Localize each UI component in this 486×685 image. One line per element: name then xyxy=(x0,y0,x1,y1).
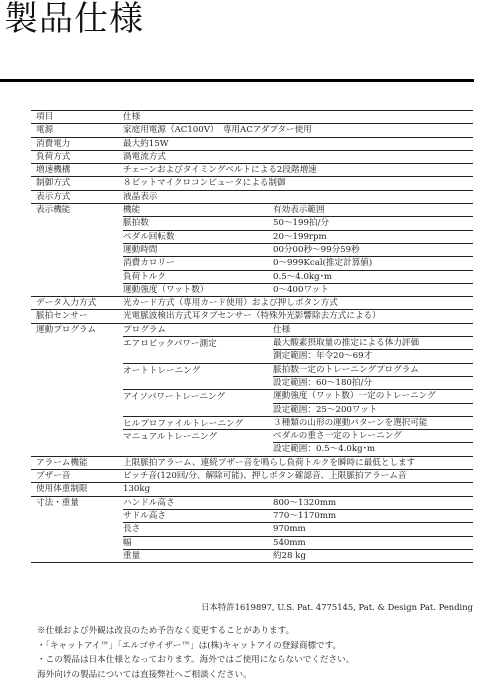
table-bottom-rule xyxy=(31,562,473,563)
subtable-row: 運動強度（ワット数）0～400ワット xyxy=(123,283,473,296)
table-row: 脈拍センサー 光電脈波検出方式耳タブセンサー（特殊外光影響除去方式による） xyxy=(31,309,473,322)
sub-key: 運動強度（ワット数） xyxy=(123,284,273,296)
row-item: 表示方式 xyxy=(31,191,123,203)
subtable-row: 消費カロリー0～999Kcal(推定計算値) xyxy=(123,256,473,269)
row-item: アラーム機能 xyxy=(31,457,123,469)
subtable-row: 負荷トルク0.5～4.0kg･m xyxy=(123,270,473,283)
table-row: 制御方式 ８ビットマイクロコンピュータによる制御 xyxy=(31,176,473,189)
sub-value: 50～199拍/分 xyxy=(273,217,473,229)
dim-label: 長さ xyxy=(123,523,273,535)
row-spec: 最大約15W xyxy=(123,138,473,150)
program-spec: ペダルの重さ一定のトレーニング xyxy=(273,430,473,442)
row-item: 使用体重制限 xyxy=(31,483,123,495)
row-item: 電源 xyxy=(31,124,123,136)
dim-label: ハンドル高さ xyxy=(123,497,273,509)
subtable-row: 長さ970mm xyxy=(123,522,473,535)
table-row: 負荷方式 渦電流方式 xyxy=(31,150,473,163)
program-row: エアロビックパワー測定 最大酸素摂取量の推定による体力評価 測定範囲：年令20～… xyxy=(123,336,473,363)
program-row: マニュアルトレーニング ペダルの重さ一定のトレーニング 設定範囲：0.5～4.0… xyxy=(123,429,473,456)
row-item: 寸法・重量 xyxy=(31,497,123,562)
dimensions-subtable: ハンドル高さ800～1320mm サドル高さ770～1170mm 長さ970mm… xyxy=(123,497,473,562)
subtable-row: 脈拍数50～199拍/分 xyxy=(123,216,473,229)
title-divider xyxy=(0,79,474,82)
row-spec: チェーンおよびタイミングベルトによる2段階増速 xyxy=(123,164,473,176)
program-name: ヒルプロファイルトレーニング xyxy=(123,417,273,429)
sub-key: 消費カロリー xyxy=(123,257,273,269)
header-item: 項目 xyxy=(31,111,123,123)
programs-row: 運動プログラム プログラム 仕様 エアロビックパワー測定 最大酸素摂取量の推定に… xyxy=(31,323,473,456)
sub-value: 0～400ワット xyxy=(273,284,473,296)
subtable-row: ペダル回転数20～199rpm xyxy=(123,230,473,243)
program-spec: 運動強度（ワット数）一定のトレーニング xyxy=(273,390,473,402)
sub-header-spec: 仕様 xyxy=(273,324,473,336)
table-header-row: 項目 仕様 xyxy=(31,110,473,123)
table-row: 表示方式 液晶表示 xyxy=(31,190,473,203)
program-spec: 最大酸素摂取量の推定による体力評価 xyxy=(273,337,473,349)
sub-value: 0.5～4.0kg･m xyxy=(273,271,473,283)
table-row: データ入力方式 光カード方式（専用カード使用）および押しボタン方式 xyxy=(31,296,473,309)
sub-header-program: プログラム xyxy=(123,324,273,336)
subtable-row: 幅540mm xyxy=(123,536,473,549)
row-spec: 家庭用電源（AC100V） 専用ACアダプター使用 xyxy=(123,124,473,136)
subtable-row: 運動時間00分00秒～99分59秒 xyxy=(123,243,473,256)
display-functions-row: 表示機能 機能 有効表示範囲 脈拍数50～199拍/分 ペダル回転数20～199… xyxy=(31,203,473,296)
program-name: マニュアルトレーニング xyxy=(123,430,273,456)
program-row: ヒルプロファイルトレーニング ３種類の山形の運動パターンを選択可能 xyxy=(123,416,473,429)
dim-label: 幅 xyxy=(123,537,273,549)
program-spec: 設定範囲：0.5～4.0kg･m xyxy=(273,442,473,455)
program-row: オートトレーニング 脈拍数一定のトレーニングプログラム 設定範囲：60～180拍… xyxy=(123,363,473,390)
sub-value: 0～999Kcal(推定計算値) xyxy=(273,257,473,269)
row-item: 運動プログラム xyxy=(31,324,123,456)
row-spec: 130kg xyxy=(123,483,473,495)
subtable-row: 重量約28 kg xyxy=(123,549,473,562)
row-item: ブザー音 xyxy=(31,470,123,482)
subtable-row: ハンドル高さ800～1320mm xyxy=(123,497,473,509)
table-row: ブザー音 ピッチ音(120回/分、解除可能)、押しボタン確認音、上限脈拍アラーム… xyxy=(31,469,473,482)
notes: ※仕様および外観は改良のため予告なく変更することがあります。 ・「キャットアイ™… xyxy=(37,624,354,682)
sub-key: 運動時間 xyxy=(123,244,273,256)
sub-key: 脈拍数 xyxy=(123,217,273,229)
dim-value: 970mm xyxy=(273,523,473,535)
dim-label: 重量 xyxy=(123,550,273,562)
program-spec: ３種類の山形の運動パターンを選択可能 xyxy=(273,417,473,429)
dim-value: 540mm xyxy=(273,537,473,549)
program-spec: 設定範囲：25～200ワット xyxy=(273,403,473,416)
row-item: 脈拍センサー xyxy=(31,310,123,322)
sub-header-function: 機能 xyxy=(123,204,273,216)
spec-table: 項目 仕様 電源 家庭用電源（AC100V） 専用ACアダプター使用 消費電力 … xyxy=(31,110,473,563)
header-spec: 仕様 xyxy=(123,111,473,123)
row-item: 制御方式 xyxy=(31,177,123,189)
dim-value: 770～1170mm xyxy=(273,510,473,522)
row-item: データ入力方式 xyxy=(31,297,123,309)
subtable-header: プログラム 仕様 xyxy=(123,324,473,336)
note-line: 海外向けの製品については直接弊社へご相談ください。 xyxy=(37,668,354,683)
program-row: アイソパワートレーニング 運動強度（ワット数）一定のトレーニング 設定範囲：25… xyxy=(123,389,473,416)
row-spec: 液晶表示 xyxy=(123,191,473,203)
sub-header-range: 有効表示範囲 xyxy=(273,204,473,216)
row-item: 消費電力 xyxy=(31,138,123,150)
dim-value: 約28 kg xyxy=(273,550,473,562)
table-row: 電源 家庭用電源（AC100V） 専用ACアダプター使用 xyxy=(31,123,473,136)
display-functions-subtable: 機能 有効表示範囲 脈拍数50～199拍/分 ペダル回転数20～199rpm 運… xyxy=(123,204,473,296)
program-spec: 設定範囲：60～180拍/分 xyxy=(273,376,473,389)
row-spec: 光カード方式（専用カード使用）および押しボタン方式 xyxy=(123,297,473,309)
row-spec: 上限脈拍アラーム、連続ブザー音を鳴らし負荷トルクを瞬時に最低とします xyxy=(123,457,473,469)
row-spec: ピッチ音(120回/分、解除可能)、押しボタン確認音、上限脈拍アラーム音 xyxy=(123,470,473,482)
row-spec: 光電脈波検出方式耳タブセンサー（特殊外光影響除去方式による） xyxy=(123,310,473,322)
dim-label: サドル高さ xyxy=(123,510,273,522)
subtable-row: サドル高さ770～1170mm xyxy=(123,509,473,522)
table-row: 使用体重制限 130kg xyxy=(31,482,473,495)
note-line: ・「キャットアイ™」「エルゴサイザー™」は(株)キャットアイの登録商標です。 xyxy=(37,639,354,654)
note-line: ※仕様および外観は改良のため予告なく変更することがあります。 xyxy=(37,624,354,639)
table-row: アラーム機能 上限脈拍アラーム、連続ブザー音を鳴らし負荷トルクを瞬時に最低としま… xyxy=(31,456,473,469)
table-row: 増速機構 チェーンおよびタイミングベルトによる2段階増速 xyxy=(31,163,473,176)
sub-key: ペダル回転数 xyxy=(123,231,273,243)
program-name: オートトレーニング xyxy=(123,364,273,390)
dim-value: 800～1320mm xyxy=(273,497,473,509)
program-name: アイソパワートレーニング xyxy=(123,390,273,416)
row-spec: 渦電流方式 xyxy=(123,151,473,163)
row-item: 増速機構 xyxy=(31,164,123,176)
table-row: 消費電力 最大約15W xyxy=(31,137,473,150)
sub-value: 20～199rpm xyxy=(273,231,473,243)
dimensions-row: 寸法・重量 ハンドル高さ800～1320mm サドル高さ770～1170mm 長… xyxy=(31,496,473,562)
programs-subtable: プログラム 仕様 エアロビックパワー測定 最大酸素摂取量の推定による体力評価 測… xyxy=(123,324,473,456)
patent-text: 日本特許1619897, U.S. Pat. 4775145, Pat. & D… xyxy=(201,601,473,613)
sub-key: 負荷トルク xyxy=(123,271,273,283)
subtable-header: 機能 有効表示範囲 xyxy=(123,204,473,216)
program-spec: 脈拍数一定のトレーニングプログラム xyxy=(273,364,473,376)
row-item: 負荷方式 xyxy=(31,151,123,163)
row-item: 表示機能 xyxy=(31,204,123,296)
program-name: エアロビックパワー測定 xyxy=(123,337,273,363)
program-spec: 測定範囲：年令20～69才 xyxy=(273,349,473,362)
note-line: ・この製品は日本仕様となっております。海外ではご使用にならないでください。 xyxy=(37,653,354,668)
row-spec: ８ビットマイクロコンピュータによる制御 xyxy=(123,177,473,189)
page-title: 製品仕様 xyxy=(4,0,144,38)
sub-value: 00分00秒～99分59秒 xyxy=(273,244,473,256)
